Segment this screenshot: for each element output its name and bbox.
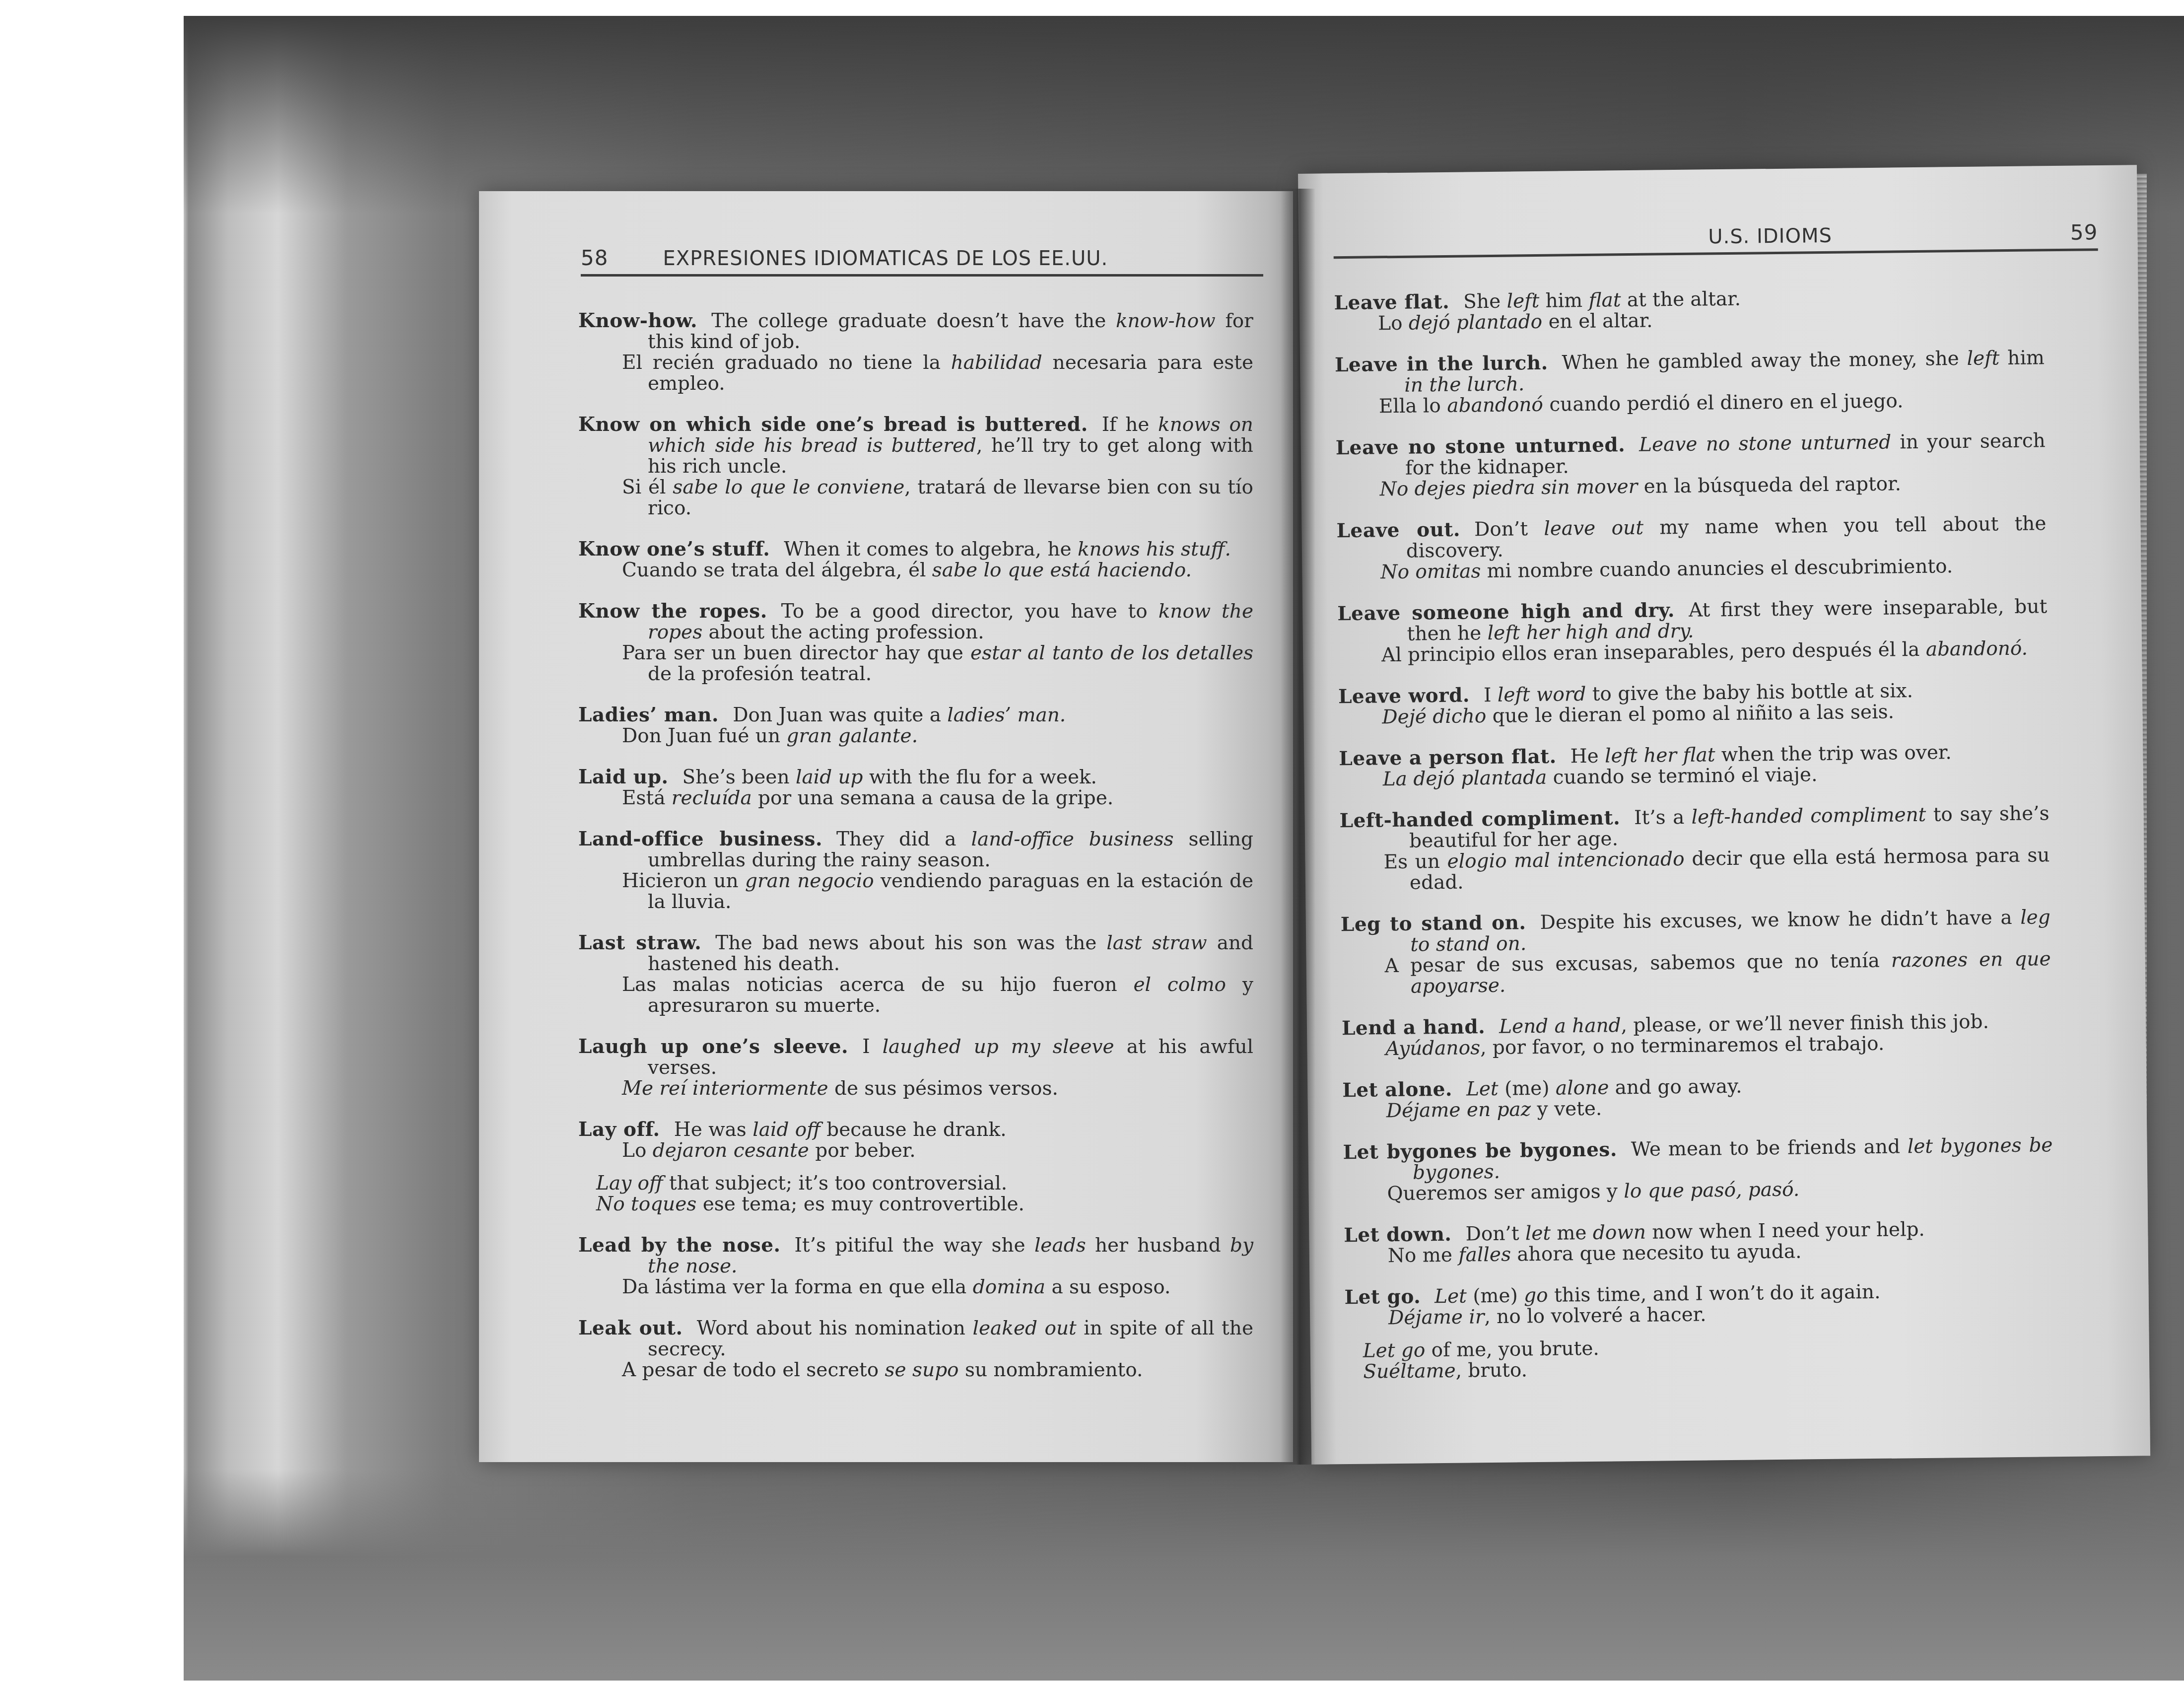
idiom-headword: Lay off. xyxy=(578,1118,660,1141)
right-page: U.S. IDIOMS 59 Leave flat.She left him f… xyxy=(1298,165,2150,1465)
idiom-entry: Left-handed compliment.It’s a left-hande… xyxy=(1339,803,2050,894)
idiom-entry: Lend a hand.Lend a hand, please, or we’l… xyxy=(1342,1010,2052,1060)
idiom-entry: Laid up.She’s been laid up with the flu … xyxy=(578,767,1253,809)
idiom-headword: Laugh up one’s sleeve. xyxy=(578,1035,848,1058)
idiom-headword: Ladies’ man. xyxy=(578,703,719,726)
idiom-headword: Lend a hand. xyxy=(1342,1015,1486,1040)
english-example: Land-office business.They did a land-off… xyxy=(578,829,1253,871)
right-running-head-title: U.S. IDIOMS xyxy=(1708,224,1832,249)
left-page-number: 58 xyxy=(581,246,608,270)
idiom-entry: Land-office business.They did a land-off… xyxy=(578,829,1253,913)
idiom-headword: Know-how. xyxy=(578,309,697,332)
idiom-entry: Leg to stand on.Despite his excuses, we … xyxy=(1341,907,2051,998)
english-example: Last straw.The bad news about his son wa… xyxy=(578,932,1253,975)
english-example: Laid up.She’s been laid up with the flu … xyxy=(578,767,1253,788)
spanish-translation: Para ser un buen director hay que estar … xyxy=(578,643,1253,685)
english-example: Know on which side one’s bread is butter… xyxy=(578,414,1253,477)
idiom-entry: Ladies’ man.Don Juan was quite a ladies’… xyxy=(578,704,1253,747)
idiom-entry: Let go.Let (me) go this time, and I won’… xyxy=(1344,1279,2055,1383)
left-page: 58 EXPRESIONES IDIOMATICAS DE LOS EE.UU.… xyxy=(479,191,1293,1462)
idiom-headword: Let bygones be bygones. xyxy=(1343,1138,1617,1164)
spanish-translation: A pesar de todo el secreto se supo su no… xyxy=(578,1360,1253,1381)
idiom-entry: Know one’s stuff.When it comes to algebr… xyxy=(578,539,1253,581)
idiom-entry: Know-how.The college graduate doesn’t ha… xyxy=(578,310,1253,394)
book-gutter xyxy=(1281,189,1315,1465)
idiom-entry: Know on which side one’s bread is butter… xyxy=(578,414,1253,519)
idiom-headword: Land-office business. xyxy=(578,828,822,850)
idiom-entry: Leave a person flat.He left her flat whe… xyxy=(1339,741,2049,790)
idiom-headword: Leg to stand on. xyxy=(1341,911,1526,936)
english-example: Leave in the lurch.When he gambled away … xyxy=(1335,347,2045,397)
english-example: Know-how.The college graduate doesn’t ha… xyxy=(578,310,1253,352)
idiom-entry: Leave in the lurch.When he gambled away … xyxy=(1335,347,2045,418)
idiom-entry: Leave flat.She left him flat at the alta… xyxy=(1334,285,2045,335)
idiom-entry: Last straw.The bad news about his son wa… xyxy=(578,932,1253,1016)
left-running-head-title: EXPRESIONES IDIOMATICAS DE LOS EE.UU. xyxy=(663,247,1108,270)
spanish-translation: Da lástima ver la forma en que ella domi… xyxy=(578,1277,1253,1298)
idiom-entry: Laugh up one’s sleeve.I laughed up my sl… xyxy=(578,1036,1253,1099)
english-example: Lead by the nose.It’s pitiful the way sh… xyxy=(578,1235,1253,1277)
english-example-extra: Lay off that subject; it’s too controver… xyxy=(578,1173,1253,1194)
spanish-translation: Me reí interiormente de sus pésimos vers… xyxy=(578,1078,1253,1099)
idiom-entry: Lay off.He was laid off because he drank… xyxy=(578,1119,1253,1215)
idiom-entry: Let bygones be bygones.We mean to be fri… xyxy=(1343,1134,2053,1205)
idiom-headword: Leave word. xyxy=(1338,684,1470,708)
idiom-headword: Last straw. xyxy=(578,931,701,954)
idiom-headword: Know one’s stuff. xyxy=(578,538,770,561)
spanish-translation: Cuando se trata del álgebra, él sabe lo … xyxy=(578,560,1253,581)
left-page-entries: Know-how.The college graduate doesn’t ha… xyxy=(578,310,1253,1401)
english-example: Leak out.Word about his nomination leake… xyxy=(578,1318,1253,1360)
right-page-entries: Leave flat.She left him flat at the alta… xyxy=(1334,285,2055,1403)
idiom-entry: Leave someone high and dry.At first they… xyxy=(1337,596,2047,666)
left-running-head: 58 EXPRESIONES IDIOMATICAS DE LOS EE.UU. xyxy=(581,246,1263,277)
spanish-translation: Hicieron un gran negocio vendiendo parag… xyxy=(578,871,1253,913)
english-example: Know the ropes.To be a good director, yo… xyxy=(578,601,1253,643)
idiom-headword: Leak out. xyxy=(578,1317,683,1339)
idiom-headword: Let go. xyxy=(1344,1285,1421,1309)
idiom-headword: Leave out. xyxy=(1336,518,1460,543)
idiom-headword: Leave flat. xyxy=(1334,290,1449,314)
spanish-translation: Las malas noticias acerca de su hijo fue… xyxy=(578,975,1253,1016)
right-page-number: 59 xyxy=(2070,220,2098,245)
english-example: Lay off.He was laid off because he drank… xyxy=(578,1119,1253,1140)
scanner-shadow xyxy=(0,1470,2184,1688)
idiom-headword: Know the ropes. xyxy=(578,600,767,623)
spanish-translation: Está recluída por una semana a causa de … xyxy=(578,788,1253,809)
spanish-translation: El recién graduado no tiene la habilidad… xyxy=(578,352,1253,394)
english-example: Know one’s stuff.When it comes to algebr… xyxy=(578,539,1253,560)
spanish-translation: A pesar de sus excusas, sabemos que no t… xyxy=(1341,949,2051,998)
spanish-translation: Si él sabe lo que le conviene, tratará d… xyxy=(578,477,1253,519)
scan-margin-bottom xyxy=(0,1681,2184,1688)
idiom-headword: Leave no stone unturned. xyxy=(1336,433,1626,459)
english-example: Leave no stone unturned.Leave no stone u… xyxy=(1336,430,2046,480)
idiom-entry: Know the ropes.To be a good director, yo… xyxy=(578,601,1253,685)
idiom-headword: Know on which side one’s bread is butter… xyxy=(578,413,1088,436)
idiom-entry: Leave out.Don’t leave out my name when y… xyxy=(1336,513,2047,583)
idiom-headword: Let alone. xyxy=(1342,1078,1452,1102)
idiom-headword: Let down. xyxy=(1344,1223,1452,1247)
spanish-translation-extra: No toques ese tema; es muy controvertibl… xyxy=(578,1194,1253,1215)
idiom-headword: Lead by the nose. xyxy=(578,1234,781,1257)
idiom-entry: Let alone.Let (me) alone and go away.Déj… xyxy=(1342,1072,2052,1122)
idiom-entry: Leak out.Word about his nomination leake… xyxy=(578,1318,1253,1381)
idiom-headword: Laid up. xyxy=(578,766,669,788)
spanish-translation: Don Juan fué un gran galante. xyxy=(578,726,1253,747)
right-running-head: U.S. IDIOMS 59 xyxy=(1333,220,2098,259)
idiom-entry: Leave no stone unturned.Leave no stone u… xyxy=(1336,430,2046,500)
english-example: Laugh up one’s sleeve.I laughed up my sl… xyxy=(578,1036,1253,1078)
scan-margin-left xyxy=(0,0,184,1688)
spanish-translation: Lo dejaron cesante por beber. xyxy=(578,1140,1253,1161)
scan-margin-top xyxy=(0,0,2184,16)
idiom-entry: Let down.Don’t let me down now when I ne… xyxy=(1344,1217,2054,1267)
spanish-translation: Es un elogio mal intencionado decir que … xyxy=(1340,845,2050,894)
idiom-entry: Leave word.I left word to give the baby … xyxy=(1338,679,2048,728)
english-example: Ladies’ man.Don Juan was quite a ladies’… xyxy=(578,704,1253,726)
idiom-entry: Lead by the nose.It’s pitiful the way sh… xyxy=(578,1235,1253,1298)
english-example: Let bygones be bygones.We mean to be fri… xyxy=(1343,1134,2053,1184)
